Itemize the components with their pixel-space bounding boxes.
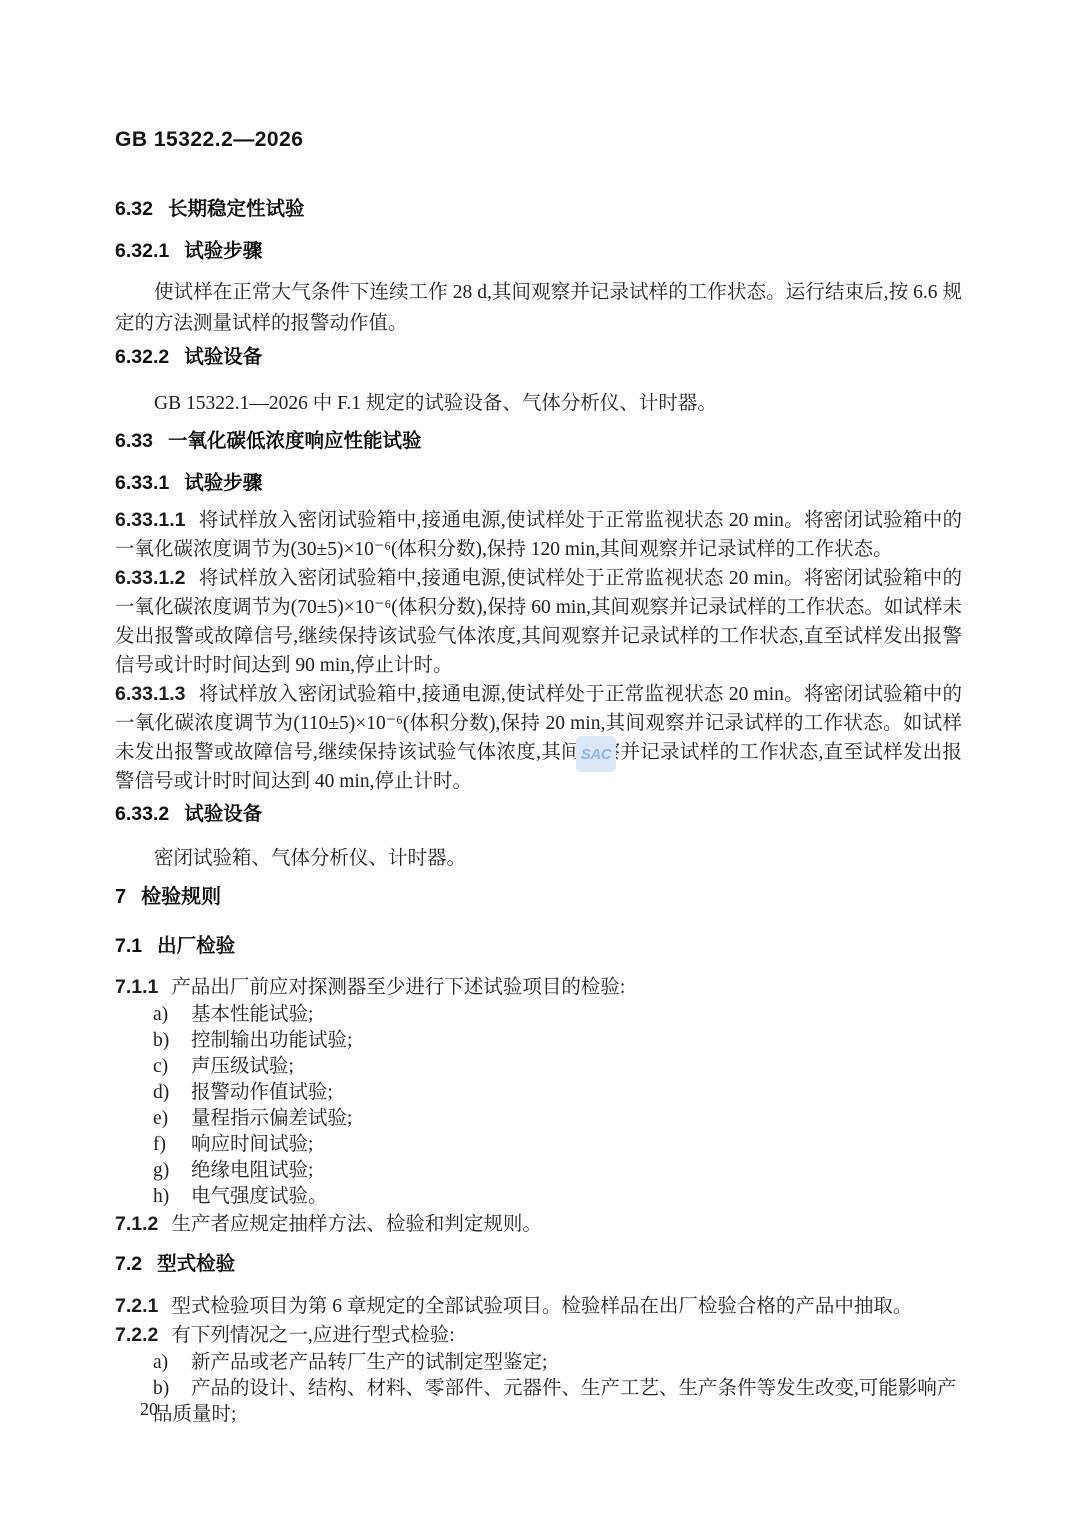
sac-watermark: SAC [576, 736, 616, 772]
clause-text: 将试样放入密闭试验箱中,接通电源,使试样处于正常监视状态 20 min。将密闭试… [115, 568, 962, 676]
list-item-text: 响应时间试验; [191, 1134, 313, 1155]
list-item-label: d) [153, 1080, 179, 1106]
clause-number: 7.2.1 [115, 1295, 158, 1317]
list-item-text: 新产品或老产品转厂生产的试制定型鉴定; [191, 1352, 547, 1373]
list-item-7-1-1-g: g)绝缘电阻试验; [115, 1158, 962, 1184]
clause-number: 6.33.1.3 [115, 683, 185, 705]
list-item-7-1-1-e: e)量程指示偏差试验; [115, 1106, 962, 1132]
paragraph-6-33-2: 密闭试验箱、气体分析仪、计时器。 [115, 844, 962, 873]
page-number: 20 [140, 1399, 158, 1420]
list-item-label: f) [153, 1132, 179, 1158]
paragraph-6-32-1: 使试样在正常大气条件下连续工作 28 d,其间观察并记录试样的工作状态。运行结束… [115, 277, 962, 339]
chapter-title: 检验规则 [141, 886, 221, 908]
list-item-7-2-2-b: b)产品的设计、结构、材料、零部件、元器件、生产工艺、生产条件等发生改变,可能影… [115, 1376, 962, 1428]
section-number: 7.2 [115, 1253, 142, 1275]
chapter-number: 7 [115, 886, 126, 908]
list-7-1-1: a)基本性能试验; b)控制输出功能试验; c)声压级试验; d)报警动作值试验… [115, 1002, 962, 1210]
section-title: 型式检验 [157, 1253, 235, 1275]
list-item-label: c) [153, 1054, 179, 1080]
section-number: 6.32.1 [115, 240, 169, 262]
clause-text: 将试样放入密闭试验箱中,接通电源,使试样处于正常监视状态 20 min。将密闭试… [115, 510, 962, 560]
clause-number: 7.2.2 [115, 1324, 158, 1346]
list-item-7-1-1-h: h)电气强度试验。 [115, 1184, 962, 1210]
section-heading-6-33-2: 6.33.2试验设备 [115, 802, 962, 826]
list-item-text: 声压级试验; [191, 1056, 294, 1077]
list-item-7-1-1-f: f)响应时间试验; [115, 1132, 962, 1158]
clause-number: 7.1.1 [115, 976, 158, 998]
section-title: 试验步骤 [184, 240, 262, 262]
list-item-text: 量程指示偏差试验; [191, 1108, 352, 1129]
list-item-text: 报警动作值试验; [191, 1082, 333, 1103]
list-item-label: e) [153, 1106, 179, 1132]
list-item-7-2-2-a: a)新产品或老产品转厂生产的试制定型鉴定; [115, 1350, 962, 1376]
list-item-label: h) [153, 1184, 179, 1210]
clause-text: 将试样放入密闭试验箱中,接通电源,使试样处于正常监视状态 20 min。将密闭试… [115, 684, 962, 792]
list-7-2-2: a)新产品或老产品转厂生产的试制定型鉴定; b)产品的设计、结构、材料、零部件、… [115, 1350, 962, 1428]
section-number: 6.33 [115, 430, 153, 452]
clause-number: 6.33.1.1 [115, 509, 185, 531]
list-item-7-1-1-d: d)报警动作值试验; [115, 1080, 962, 1106]
clause-6-33-1-1: 6.33.1.1将试样放入密闭试验箱中,接通电源,使试样处于正常监视状态 20 … [115, 506, 962, 564]
section-heading-6-32-2: 6.32.2试验设备 [115, 345, 962, 369]
clause-text: 型式检验项目为第 6 章规定的全部试验项目。检验样品在出厂检验合格的产品中抽取。 [171, 1296, 912, 1317]
section-title: 一氧化碳低浓度响应性能试验 [168, 430, 422, 452]
list-item-label: a) [153, 1350, 179, 1376]
list-item-text: 基本性能试验; [191, 1004, 313, 1025]
section-number: 6.32.2 [115, 346, 169, 368]
clause-number: 7.1.2 [115, 1213, 158, 1235]
clause-text: 产品出厂前应对探测器至少进行下述试验项目的检验: [171, 977, 625, 998]
section-title: 试验设备 [184, 346, 262, 368]
list-item-label: g) [153, 1158, 179, 1184]
list-item-7-1-1-a: a)基本性能试验; [115, 1002, 962, 1028]
clause-text: 有下列情况之一,应进行型式检验: [171, 1325, 454, 1346]
section-number: 6.33.2 [115, 803, 169, 825]
section-heading-6-32-1: 6.32.1试验步骤 [115, 239, 962, 263]
clause-number: 6.33.1.2 [115, 567, 185, 589]
clause-7-2-1: 7.2.1型式检验项目为第 6 章规定的全部试验项目。检验样品在出厂检验合格的产… [115, 1292, 962, 1321]
list-item-text: 绝缘电阻试验; [191, 1160, 313, 1181]
standard-document-page: GB 15322.2—2026 6.32长期稳定性试验 6.32.1试验步骤 使… [0, 0, 1080, 1527]
section-number: 6.33.1 [115, 472, 169, 494]
section-heading-6-32: 6.32长期稳定性试验 [115, 197, 962, 221]
list-item-text: 产品的设计、结构、材料、零部件、元器件、生产工艺、生产条件等发生改变,可能影响产… [153, 1378, 956, 1425]
clause-6-33-1-3: 6.33.1.3将试样放入密闭试验箱中,接通电源,使试样处于正常监视状态 20 … [115, 680, 962, 796]
section-title: 试验设备 [184, 803, 262, 825]
chapter-heading-7: 7检验规则 [115, 884, 962, 910]
clause-text: 生产者应规定抽样方法、检验和判定规则。 [171, 1214, 542, 1235]
section-heading-7-1: 7.1出厂检验 [115, 934, 962, 958]
paragraph-6-32-2: GB 15322.1—2026 中 F.1 规定的试验设备、气体分析仪、计时器。 [115, 389, 962, 418]
clause-7-1-1: 7.1.1产品出厂前应对探测器至少进行下述试验项目的检验: [115, 973, 962, 1002]
section-heading-6-33-1: 6.33.1试验步骤 [115, 471, 962, 495]
list-item-label: a) [153, 1002, 179, 1028]
list-item-7-1-1-b: b)控制输出功能试验; [115, 1028, 962, 1054]
section-title: 长期稳定性试验 [168, 198, 305, 220]
section-heading-7-2: 7.2型式检验 [115, 1252, 962, 1276]
section-number: 6.32 [115, 198, 153, 220]
clause-7-2-2: 7.2.2有下列情况之一,应进行型式检验: [115, 1321, 962, 1350]
clause-7-1-2: 7.1.2生产者应规定抽样方法、检验和判定规则。 [115, 1210, 962, 1239]
section-title: 出厂检验 [157, 935, 235, 957]
document-code-header: GB 15322.2—2026 [115, 128, 962, 152]
list-item-text: 电气强度试验。 [191, 1186, 328, 1207]
list-item-text: 控制输出功能试验; [191, 1030, 352, 1051]
clause-6-33-1-2: 6.33.1.2将试样放入密闭试验箱中,接通电源,使试样处于正常监视状态 20 … [115, 564, 962, 680]
section-number: 7.1 [115, 935, 142, 957]
list-item-7-1-1-c: c)声压级试验; [115, 1054, 962, 1080]
list-item-label: b) [153, 1028, 179, 1054]
section-title: 试验步骤 [184, 472, 262, 494]
section-heading-6-33: 6.33一氧化碳低浓度响应性能试验 [115, 429, 962, 453]
